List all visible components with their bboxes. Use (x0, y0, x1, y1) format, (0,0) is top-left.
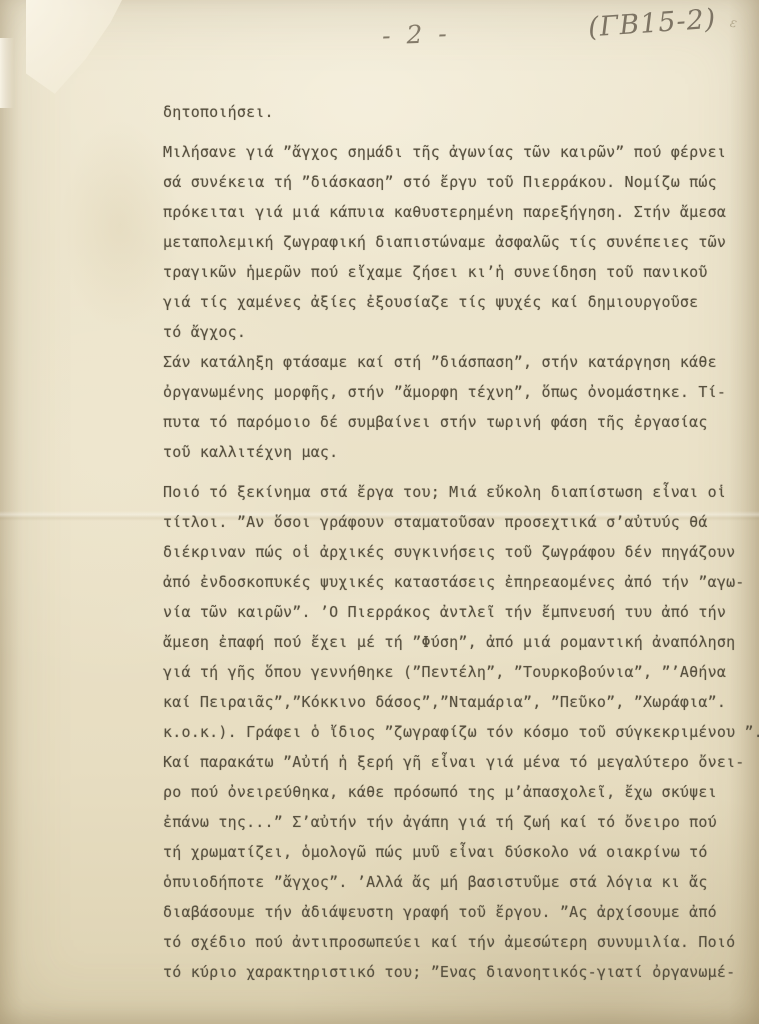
paragraph: Μιλήσανε γιά ”ἄγχος σημάδι τῆς ἀγωνίας τ… (163, 137, 738, 467)
text-line: ἐπάνω της...” Σ’αὐτήν τήν ἀγάπη γιά τή ζ… (163, 807, 738, 837)
text-line: ἀπό ἐνδοσκοπυκές ψυχικές καταστάσεις ἐπη… (163, 567, 738, 597)
text-line: Ποιό τό ξεκίνημα στά ἔργα του; Μιά εὔκολ… (163, 477, 738, 507)
text-line: νία τῶν καιρῶν”. ’Ο Πιερράκος ἀντλεῖ τήν… (163, 597, 738, 627)
paper-stain (60, 120, 180, 330)
text-line: τό σχέδιο πού ἀντιπροσωπεύει καί τήν ἀμε… (163, 927, 738, 957)
text-line: τή χρωματίζει, ὁμολογῶ πώς μυῦ εἶναι δύσ… (163, 837, 738, 867)
text-line: ρο πού ὀνειρεύθηκα, κάθε πρόσωπό της μ’ἀ… (163, 777, 738, 807)
text-line: ὁπυιοδήποτε ”ἄγχος”. ’Αλλά ἄς μή βασιστυ… (163, 867, 738, 897)
text-line: κ.ο.κ.). Γράφει ὁ ἴδιος ”ζωγραφίζω τόν κ… (163, 717, 738, 747)
text-line: πυτα τό παρόμοιο δέ συμβαίνει στήν τωριν… (163, 407, 738, 437)
text-line: γιά τίς χαμένες ἀξίες ἐξουσίαζε τίς ψυχέ… (163, 287, 738, 317)
text-line: δητοποιήσει. (163, 97, 738, 127)
paper-edge-nick (0, 38, 14, 108)
paragraph: δητοποιήσει. (163, 97, 738, 127)
text-line: διέκριναν πώς οἱ ἀρχικές συγκινήσεις τοῦ… (163, 537, 738, 567)
text-line: τίτλοι. ”Αν ὅσοι γράφουν σταματοῦσαν προ… (163, 507, 738, 537)
typescript-body: δητοποιήσει.Μιλήσανε γιά ”ἄγχος σημάδι τ… (163, 97, 738, 997)
text-line: πρόκειται γιά μιά κάπυια καθυστερημένη π… (163, 197, 738, 227)
text-line: Μιλήσανε γιά ”ἄγχος σημάδι τῆς ἀγωνίας τ… (163, 137, 738, 167)
text-line: σά συνέκεια τή ”διάσκαση” στό ἔργυ τοῦ Π… (163, 167, 738, 197)
text-line: ἄμεση ἐπαφή πού ἔχει μέ τή ”Φύση”, ἀπό μ… (163, 627, 738, 657)
text-line: μεταπολεμική ζωγραφική διαπιστώναμε ἀσφα… (163, 227, 738, 257)
handwritten-corner-mark: ε (729, 16, 738, 32)
text-line: τοῦ καλλιτέχνη μας. (163, 437, 738, 467)
document-page: - 2 - (ΓΒ15-2) ε δητοποιήσει.Μιλήσανε γι… (0, 0, 759, 1024)
text-line: ὀργανωμένης μορφῆς, στήν ”ἄμορφη τέχνη”,… (163, 377, 738, 407)
text-line: τό κύριο χαρακτηριστικό του; ”Ενας διανο… (163, 957, 738, 987)
text-line: Καί παρακάτω ”Αὐτή ἡ ξερή γῆ εἶναι γιά μ… (163, 747, 738, 777)
text-line: τό ἄγχος. (163, 317, 738, 347)
torn-corner (26, 0, 122, 102)
text-line: Σάν κατάληξη φτάσαμε καί στή ”διάσπαση”,… (163, 347, 738, 377)
text-line: διαβάσουμε τήν ἀδιάψευστη γραφή τοῦ ἔργο… (163, 897, 738, 927)
handwritten-annotation: (ΓΒ15-2) (587, 4, 717, 44)
text-line: γιά τή γῆς ὅπου γεννήθηκε (”Πεντέλη”, ”Τ… (163, 657, 738, 687)
text-line: καί Πειραιᾶς”,”Κόκκινο δάσος”,”Νταμάρια”… (163, 687, 738, 717)
paragraph: Ποιό τό ξεκίνημα στά ἔργα του; Μιά εὔκολ… (163, 477, 738, 987)
handwritten-page-number: - 2 - (382, 19, 452, 50)
text-line: τραγικῶν ἡμερῶν πού εἴχαμε ζήσει κι’ἡ συ… (163, 257, 738, 287)
